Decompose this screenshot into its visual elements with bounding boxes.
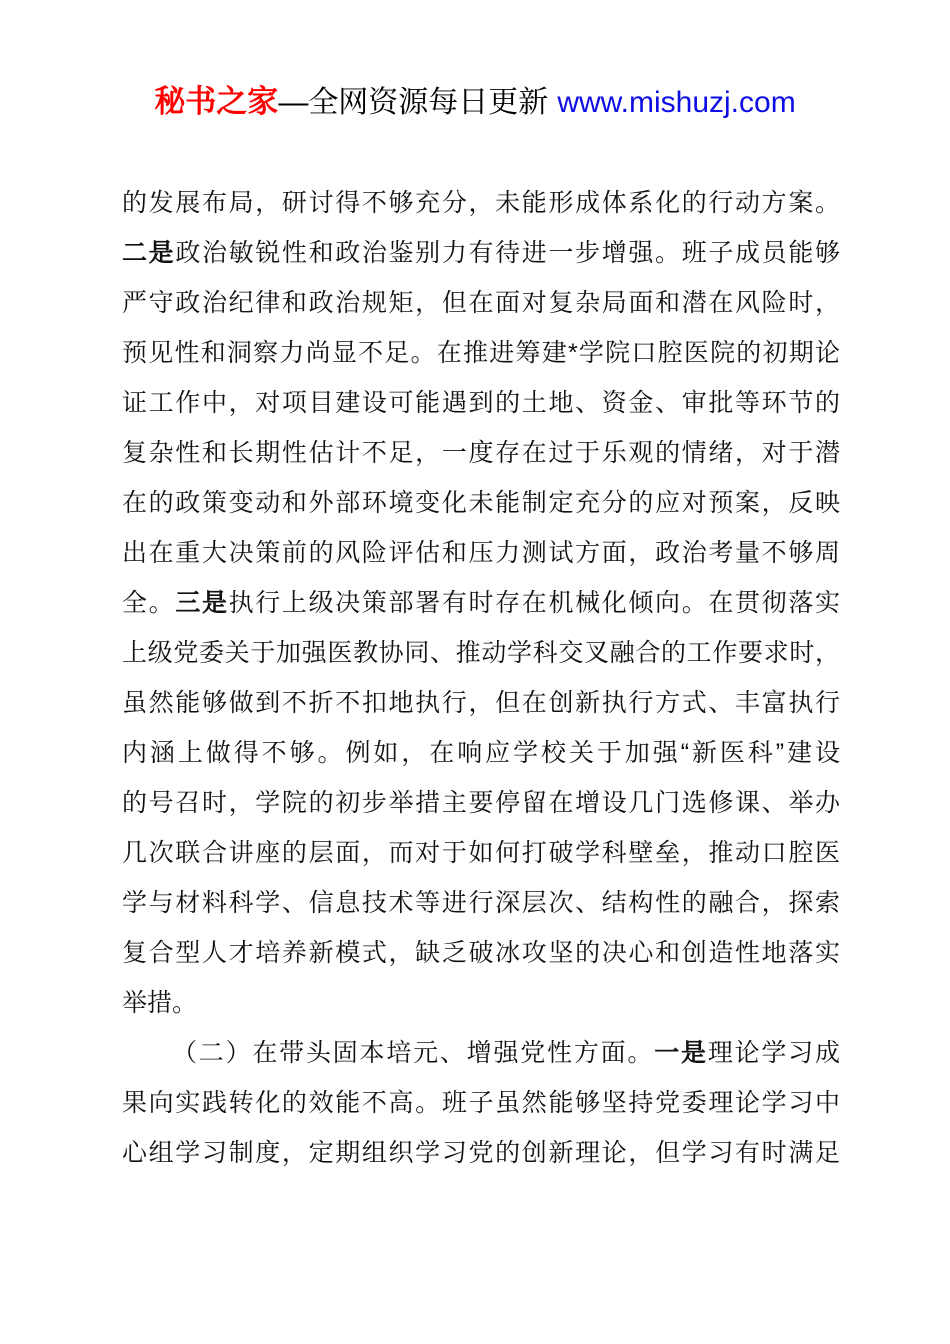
text-segment: 的号召时，学院的初步举措主要停留在增设几门选修课、举办: [122, 789, 840, 817]
document-body: 的发展布局，研讨得不够充分，未能形成体系化的行动方案。二是政治敏锐性和政治鉴别力…: [122, 178, 840, 1178]
text-line: 二是政治敏锐性和政治鉴别力有待进一步增强。班子成员能够: [122, 228, 840, 278]
text-line: 证工作中，对项目建设可能遇到的土地、资金、审批等环节的: [122, 378, 840, 428]
text-line: 举措。: [122, 978, 840, 1028]
text-segment: 全。: [122, 589, 175, 617]
text-segment: 内涵上做得不够。例如，在响应学校关于加强“新医科”建设: [122, 739, 840, 767]
text-segment: 虽然能够做到不折不扣地执行，但在创新执行方式、丰富执行: [122, 689, 840, 717]
text-line: 复合型人才培养新模式，缺乏破冰攻坚的决心和创造性地落实: [122, 928, 840, 978]
text-segment: 上级党委关于加强医教协同、推动学科交叉融合的工作要求时，: [122, 639, 840, 667]
page-header: 秘书之家—全网资源每日更新www.mishuzj.com: [0, 82, 950, 123]
text-segment: 的发展布局，研讨得不够充分，未能形成体系化的行动方案。: [122, 189, 840, 217]
bold-text-segment: 三是: [175, 589, 228, 617]
text-line: 虽然能够做到不折不扣地执行，但在创新执行方式、丰富执行: [122, 678, 840, 728]
text-segment: （二）在带头固本培元、增强党性方面。: [172, 1039, 654, 1067]
text-line: 复杂性和长期性估计不足，一度存在过于乐观的情绪，对于潜: [122, 428, 840, 478]
text-line: （二）在带头固本培元、增强党性方面。一是理论学习成: [122, 1028, 840, 1078]
text-segment: 执行上级决策部署有时存在机械化倾向。在贯彻落实: [229, 589, 840, 617]
paragraph: 的发展布局，研讨得不够充分，未能形成体系化的行动方案。二是政治敏锐性和政治鉴别力…: [122, 178, 840, 1028]
bold-text-segment: 二是: [122, 239, 175, 267]
text-segment: 举措。: [122, 989, 197, 1017]
text-line: 在的政策变动和外部环境变化未能制定充分的应对预案，反映: [122, 478, 840, 528]
text-segment: 果向实践转化的效能不高。班子虽然能够坚持党委理论学习中: [122, 1089, 840, 1117]
site-brand: 秘书之家: [154, 84, 278, 119]
text-line: 学与材料科学、信息技术等进行深层次、结构性的融合，探索: [122, 878, 840, 928]
text-segment: 心组学习制度，定期组织学习党的创新理论，但学习有时满足: [122, 1139, 840, 1167]
text-segment: 出在重大决策前的风险评估和压力测试方面，政治考量不够周: [122, 539, 840, 567]
paragraph: （二）在带头固本培元、增强党性方面。一是理论学习成果向实践转化的效能不高。班子虽…: [122, 1028, 840, 1178]
text-segment: 证工作中，对项目建设可能遇到的土地、资金、审批等环节的: [122, 389, 840, 417]
text-line: 果向实践转化的效能不高。班子虽然能够坚持党委理论学习中: [122, 1078, 840, 1128]
bold-text-segment: 一是: [654, 1039, 708, 1067]
text-segment: 复杂性和长期性估计不足，一度存在过于乐观的情绪，对于潜: [122, 439, 840, 467]
text-segment: 复合型人才培养新模式，缺乏破冰攻坚的决心和创造性地落实: [122, 939, 840, 967]
text-line: 的号召时，学院的初步举措主要停留在增设几门选修课、举办: [122, 778, 840, 828]
text-line: 全。三是执行上级决策部署有时存在机械化倾向。在贯彻落实: [122, 578, 840, 628]
text-segment: 几次联合讲座的层面，而对于如何打破学科壁垒，推动口腔医: [122, 839, 840, 867]
text-line: 内涵上做得不够。例如，在响应学校关于加强“新医科”建设: [122, 728, 840, 778]
brand-dash: —: [278, 86, 308, 119]
text-line: 严守政治纪律和政治规矩，但在面对复杂局面和潜在风险时，: [122, 278, 840, 328]
text-line: 心组学习制度，定期组织学习党的创新理论，但学习有时满足: [122, 1128, 840, 1178]
site-url-link[interactable]: www.mishuzj.com: [557, 86, 795, 119]
page: { "header": { "brand": "秘书之家", "separato…: [0, 0, 950, 1344]
text-segment: 预见性和洞察力尚显不足。在推进筹建*学院口腔医院的初期论: [122, 339, 840, 367]
site-tagline: 全网资源每日更新: [308, 86, 548, 119]
text-line: 出在重大决策前的风险评估和压力测试方面，政治考量不够周: [122, 528, 840, 578]
text-line: 预见性和洞察力尚显不足。在推进筹建*学院口腔医院的初期论: [122, 328, 840, 378]
text-segment: 学与材料科学、信息技术等进行深层次、结构性的融合，探索: [122, 889, 840, 917]
text-line: 上级党委关于加强医教协同、推动学科交叉融合的工作要求时，: [122, 628, 840, 678]
text-segment: 政治敏锐性和政治鉴别力有待进一步增强。班子成员能够: [175, 239, 840, 267]
text-segment: 严守政治纪律和政治规矩，但在面对复杂局面和潜在风险时，: [122, 289, 840, 317]
text-line: 的发展布局，研讨得不够充分，未能形成体系化的行动方案。: [122, 178, 840, 228]
text-line: 几次联合讲座的层面，而对于如何打破学科壁垒，推动口腔医: [122, 828, 840, 878]
text-segment: 在的政策变动和外部环境变化未能制定充分的应对预案，反映: [122, 489, 840, 517]
text-segment: 理论学习成: [708, 1039, 840, 1067]
